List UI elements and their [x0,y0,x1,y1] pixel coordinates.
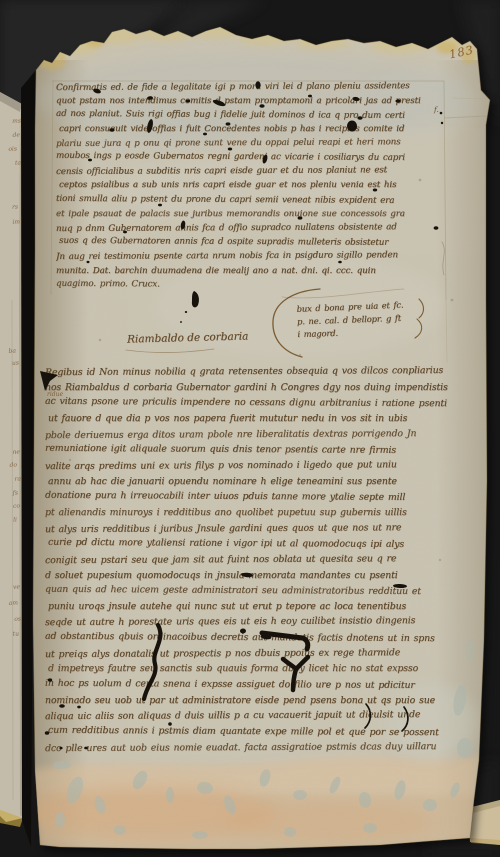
manuscript-line: suos q des Gubernatoren annis fca d ospi… [59,236,445,248]
facing-leaf-fragment: fs [0,489,18,497]
manuscript-line: Jn aug rei testimoniu psente carta nrum … [56,250,442,262]
manuscript-line: tioni smulla aliu p pstent du prone du c… [56,194,442,206]
facing-leaf-fragment: do [0,461,17,469]
facing-leaf-fragment: ms [1,117,21,125]
manuscript-line: nuq p dnm Gubernatorem annis fca d offio… [56,222,442,234]
manuscript-line: ac vitans psone ure priculis impendere n… [45,396,461,410]
facing-leaf-fragment: im [0,218,20,226]
manuscript-line: ut fauore d que dia p vos nos papera fue… [48,413,464,424]
facing-leaf-fragment: tu [0,630,19,638]
manuscript-line: quot pstam nos intendimus comitis d psta… [56,96,442,106]
manuscript-line: ad obstantibus qbuis ordinacoibus decret… [45,631,461,645]
entry-heading: Riambaldo de corbaria [127,330,249,345]
facing-leaf-fragment: ne [0,448,20,456]
manuscript-line: remuniatione igit aliquale suorum quis d… [45,443,461,457]
manuscript-line: d impetreys fautre seu sanctis sub quaui… [48,663,464,674]
manuscript-line: ut preiqs alys donatalis ut prospectis p… [45,647,461,660]
manuscript-photograph: 183 f. Confirmatis ed. de fide a legalit… [0,0,500,857]
manuscript-line: cum redditibus annis i pstmis diam quant… [48,725,464,739]
manuscript-line: seqde ut autre h porestate uris ques eis… [45,615,461,628]
manuscript-line: puniu uroqs jnsule autehe qui nunc sut u… [48,601,464,612]
top-text-block: Confirmatis ed. de fide a legalitate igi… [56,82,442,298]
facing-leaf-fragment: ois [0,145,17,153]
manuscript-line: et ipale psauat de palacis sue juribus m… [56,209,442,219]
folio-number: 183 [448,43,475,62]
bottom-text-block: Regibus id Non minus nobilia q grata ret… [45,366,461,760]
manuscript-line: Regibus id Non minus nobilia q grata ret… [45,365,461,378]
manuscript-line: nos Riambaldus d corbaria Gubernator gar… [45,382,461,393]
facing-leaf-fragment: ba [0,347,16,355]
manuscript-line: curie pd dictu more ytaliensi ratione i … [48,537,464,551]
manuscript-line: d soluet pupesium quomodocuqs in jnsula … [45,570,461,581]
manuscript-line: ad nos planiut. Suis rigi offias bug i f… [56,109,442,121]
manuscript-line: conigit seu pstari seu que jam sit aut f… [45,553,461,566]
facing-leaf-fragment: us [0,359,19,367]
marginal-note-line: i magord. [297,324,437,341]
manuscript-line: plariu sue jura q p onu qi prone sunt ve… [56,137,442,149]
facing-leaf-fragment: ve [0,583,20,591]
manuscript-line: censis officialibus a subditis nris capr… [56,165,442,177]
facing-leaf-fragment: li [0,516,17,524]
manuscript-line: dco plle ures aut uob eius nomie euadat.… [45,741,461,754]
manuscript-line: ceptos psialibus a sub unis nris capri e… [59,180,445,190]
handwriting-layer: 183 f. Confirmatis ed. de fide a legalit… [0,0,500,857]
facing-leaf-fragment: os [1,615,21,623]
facing-leaf-fragment: rs [0,203,18,211]
facing-leaf-fragment: co [0,502,20,510]
manuscript-line: ut alys uris redditibus i juribus Jnsule… [45,522,461,535]
marginal-note: bux d bona pre uia et fc. p. ne. cal. d … [296,298,437,342]
facing-leaf-fragment: de [0,131,20,139]
facing-leaf-fragment: am [0,599,18,607]
facing-leaf-fragment: ta [1,159,21,167]
manuscript-line: quagimo. primo. Crucx. [56,279,442,291]
manuscript-line: quan quis ad hec uicem geste administrat… [45,584,461,598]
manuscript-line: pbole deriuemus erga ditos uram pbole nr… [45,428,461,441]
manuscript-line: nominado seu uob ut par ut administrator… [45,695,461,706]
manuscript-line: munita. Dat. barchin duumadena die meali… [56,266,442,276]
manuscript-line: moubos ings p eosde Gubernatos regni gar… [56,151,442,163]
manuscript-line: in hoc ps uolum d certa snena i expsse a… [45,678,461,692]
manuscript-line: aliqua uic aliis son aliquas d duis uill… [45,709,461,722]
manuscript-line: capri consueuit vide offias i fuit Conce… [59,124,445,134]
manuscript-line: donatione pura h irreuocabili inter uiuo… [45,490,461,504]
manuscript-line: valite arqs predims uni ex uris filys p … [45,459,461,472]
manuscript-line: pt alienandis minuroys i redditibus ano … [45,507,461,518]
manuscript-line: annu ab hac die januarii opuendu nominar… [48,476,464,487]
facing-leaf-fragment: ra [1,475,21,483]
manuscript-line: Confirmatis ed. de fide a legalitate igi… [56,81,442,93]
